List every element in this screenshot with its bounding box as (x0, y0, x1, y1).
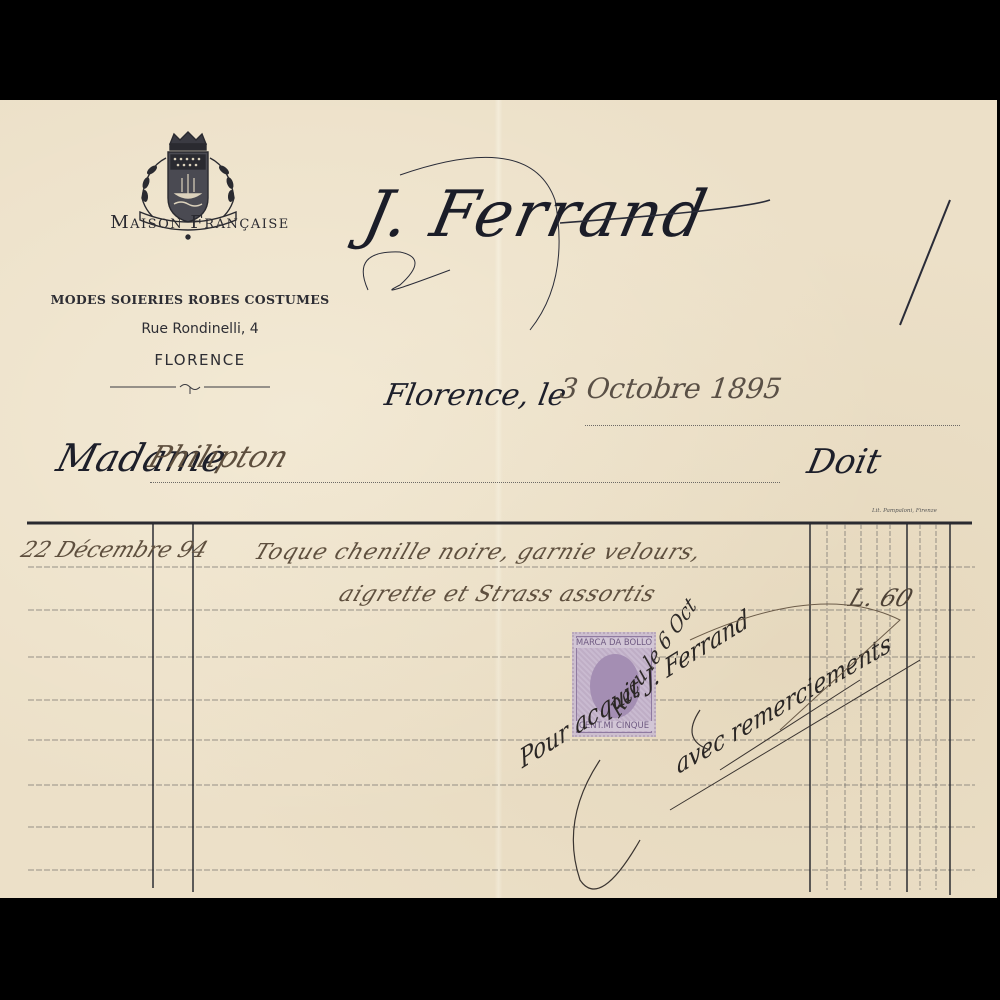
invoice-paper: Maison Française MODES SOIERIES ROBES CO… (0, 100, 997, 898)
entry-date: 22 Décembre 94 (17, 538, 211, 563)
signature-strokes-icon (520, 580, 920, 898)
entry-description: Toque chenille noire, garnie velours, (250, 540, 705, 565)
